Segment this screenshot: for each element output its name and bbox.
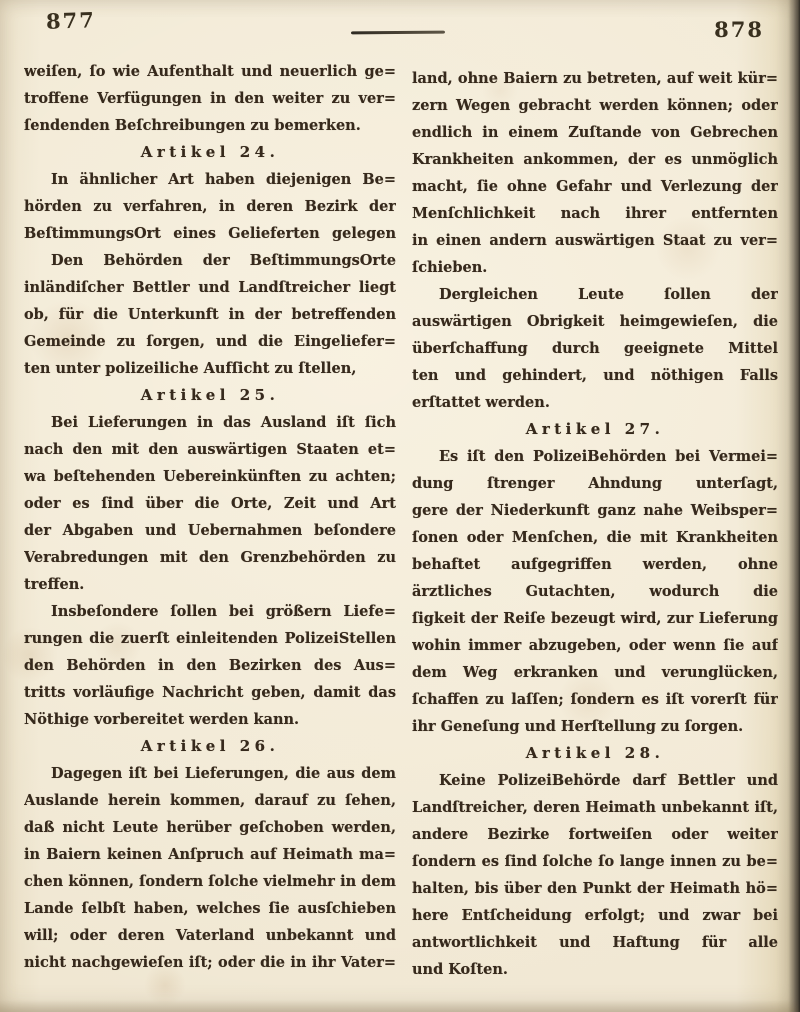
text-line: ihr Geneſung und Herſtellung zu ſorgen.: [412, 713, 778, 740]
text-line: here Entſcheidung erfolgt; und zwar bei …: [412, 902, 778, 929]
text-line: ten unter polizeiliche Aufſicht zu ſtell…: [24, 355, 396, 382]
article-heading: Artikel 24.: [24, 139, 396, 166]
text-line: inländiſcher Bettler und Landſtreicher l…: [24, 274, 396, 301]
text-line: tritts vorläufige Nachricht geben, damit…: [24, 679, 396, 706]
article-heading: Artikel 27.: [412, 416, 778, 443]
text-line: andere Bezirke fortweiſen oder weiter ſc…: [412, 821, 778, 848]
text-line: ſendenden Beſchreibungen zu bemerken.: [24, 112, 396, 139]
text-line: nicht nachgewieſen iſt; oder die in ihr …: [24, 949, 396, 976]
text-line: den Behörden in den Bezirken des Aus=: [24, 652, 396, 679]
text-line: Menſchlichkeit nach ihrer entfernten Hei…: [412, 200, 778, 227]
text-line: ſchieben.: [412, 254, 778, 281]
text-line: ärztliches Gutachten, wodurch die Gefahr…: [412, 578, 778, 605]
page-header: 877 878: [0, 0, 800, 58]
scanned-book-page: 877 878 weiſen, ſo wie Aufenthalt und ne…: [0, 0, 800, 1012]
text-line: ob, für die Unterkunft in der betreffend…: [24, 301, 396, 328]
text-line: in Baiern keinen Anſpruch auf Heimath ma…: [24, 841, 396, 868]
text-line: macht, ſie ohne Gefahr und Verlezung der: [412, 173, 778, 200]
text-line: Insbeſondere ſollen bei größern Liefe=: [24, 598, 396, 625]
text-line: Den Behörden der BeſtimmungsOrte: [24, 247, 396, 274]
page-number-left: 877: [46, 7, 97, 34]
text-line: endlich in einem Zuſtande von Gebrechen …: [412, 119, 778, 146]
article-heading: Artikel 26.: [24, 733, 396, 760]
text-line: Nöthige vorbereitet werden kann.: [24, 706, 396, 733]
text-line: Gemeinde zu ſorgen, und die Eingeliefer=: [24, 328, 396, 355]
text-line: erſtattet werden.: [412, 389, 778, 416]
text-line: Lande ſelbſt haben, welches ſie ausſchie…: [24, 895, 396, 922]
article-heading: Artikel 25.: [24, 382, 396, 409]
text-line: hörden zu verfahren, in deren Bezirk der…: [24, 193, 396, 220]
text-line: gere der Niederkunft ganz nahe Weibsper=: [412, 497, 778, 524]
page-number-right: 878: [714, 17, 764, 42]
text-line: nach den mit den auswärtigen Staaten et=: [24, 436, 396, 463]
text-line: dem Weg erkranken und verunglücken, weit…: [412, 659, 778, 686]
text-line: In ähnlicher Art haben diejenigen Be=: [24, 166, 396, 193]
text-line: und Koſten.: [412, 956, 778, 983]
text-line: ſigkeit der Reiſe bezeugt wird, zur Lief…: [412, 605, 778, 632]
text-line: antwortlichkeit und Haftung für alle Sch…: [412, 929, 778, 956]
text-line: BeſtimmungsOrt eines Gelieferten gelegen…: [24, 220, 396, 247]
text-line: ſondern es ſind ſolche ſo lange innen zu…: [412, 848, 778, 875]
text-line: Dagegen iſt bei Lieferungen, die aus dem: [24, 760, 396, 787]
text-line: Bei Lieferungen in das Ausland iſt ſich: [24, 409, 396, 436]
text-line: ſchaffen zu laſſen; ſondern es iſt vorer…: [412, 686, 778, 713]
text-line: halten, bis über den Punkt der Heimath h…: [412, 875, 778, 902]
text-line: Es iſt den PolizeiBehörden bei Vermei=: [412, 443, 778, 470]
two-column-text-block: weiſen, ſo wie Aufenthalt und neuerlich …: [24, 58, 778, 983]
text-line: land, ohne Baiern zu betreten, auf weit …: [412, 65, 778, 92]
text-line: Auslande herein kommen, darauf zu ſehen,: [24, 787, 396, 814]
text-line: ſonen oder Menſchen, die mit Krankheiten: [412, 524, 778, 551]
text-line: zern Wegen gebracht werden können; oder …: [412, 92, 778, 119]
text-line: troffene Verfügungen in den weiter zu ve…: [24, 85, 396, 112]
article-heading: Artikel 28.: [412, 740, 778, 767]
text-line: Landſtreicher, deren Heimath unbekannt i…: [412, 794, 778, 821]
text-line: dung ſtrenger Ahndung unterſagt, hochſch…: [412, 470, 778, 497]
text-line: Krankheiten ankommen, der es unmöglich: [412, 146, 778, 173]
text-line: Verabredungen mit den Grenzbehörden zu: [24, 544, 396, 571]
text-line: in einen andern auswärtigen Staat zu ver…: [412, 227, 778, 254]
right-text-column: land, ohne Baiern zu betreten, auf weit …: [412, 58, 778, 983]
text-line: will; oder deren Vaterland unbekannt und: [24, 922, 396, 949]
text-line: der Abgaben und Uebernahmen beſondere: [24, 517, 396, 544]
text-line: Dergleichen Leute ſollen der überliefern…: [412, 281, 778, 308]
left-text-column: weiſen, ſo wie Aufenthalt und neuerlich …: [24, 58, 396, 983]
text-line: auswärtigen Obrigkeit heimgewieſen, die …: [412, 308, 778, 335]
text-line: rungen die zuerſt einleitenden PolizeiSt…: [24, 625, 396, 652]
text-line: wohin immer abzugeben, oder wenn ſie auf: [412, 632, 778, 659]
header-divider-rule: [351, 31, 445, 35]
text-line: Keine PolizeiBehörde darf Bettler und: [412, 767, 778, 794]
text-line: daß nicht Leute herüber geſchoben werden…: [24, 814, 396, 841]
text-line: überſchaffung durch geeignete Mittel auf…: [412, 335, 778, 362]
text-line: wa beſtehenden Uebereinkünften zu achten…: [24, 463, 396, 490]
text-line: treffen.: [24, 571, 396, 598]
text-line: chen können, ſondern ſolche vielmehr in …: [24, 868, 396, 895]
text-line: oder es ſind über die Orte, Zeit und Art: [24, 490, 396, 517]
text-line: behaftet aufgegriffen werden, ohne ſchri…: [412, 551, 778, 578]
text-line: weiſen, ſo wie Aufenthalt und neuerlich …: [24, 58, 396, 85]
text-line: ten und gehindert, und nöthigen Falls Be…: [412, 362, 778, 389]
